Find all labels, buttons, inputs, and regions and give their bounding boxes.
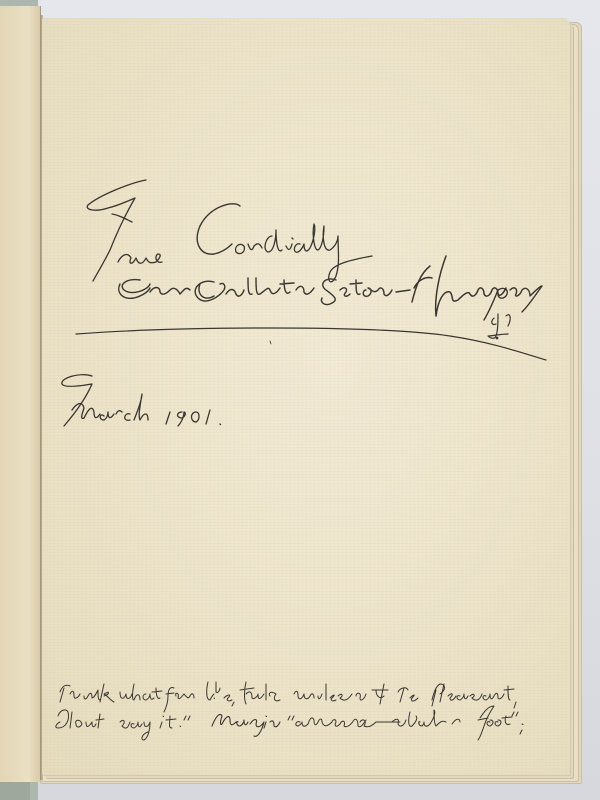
underline-flourish xyxy=(76,328,546,360)
inscription-signature: Grace Gallatin Seton-Thompson xyxy=(112,275,502,309)
quote-line-2: don't say it." Maxim "A Woman Tenderfoot… xyxy=(54,708,343,726)
inscription-date: March 1901. xyxy=(58,395,191,425)
quote-line-1: "Think what you like, but unless it be p… xyxy=(54,680,355,698)
inscription-monogram: GS xyxy=(488,312,506,328)
inscription-closing: Yours Cordially xyxy=(88,225,305,263)
